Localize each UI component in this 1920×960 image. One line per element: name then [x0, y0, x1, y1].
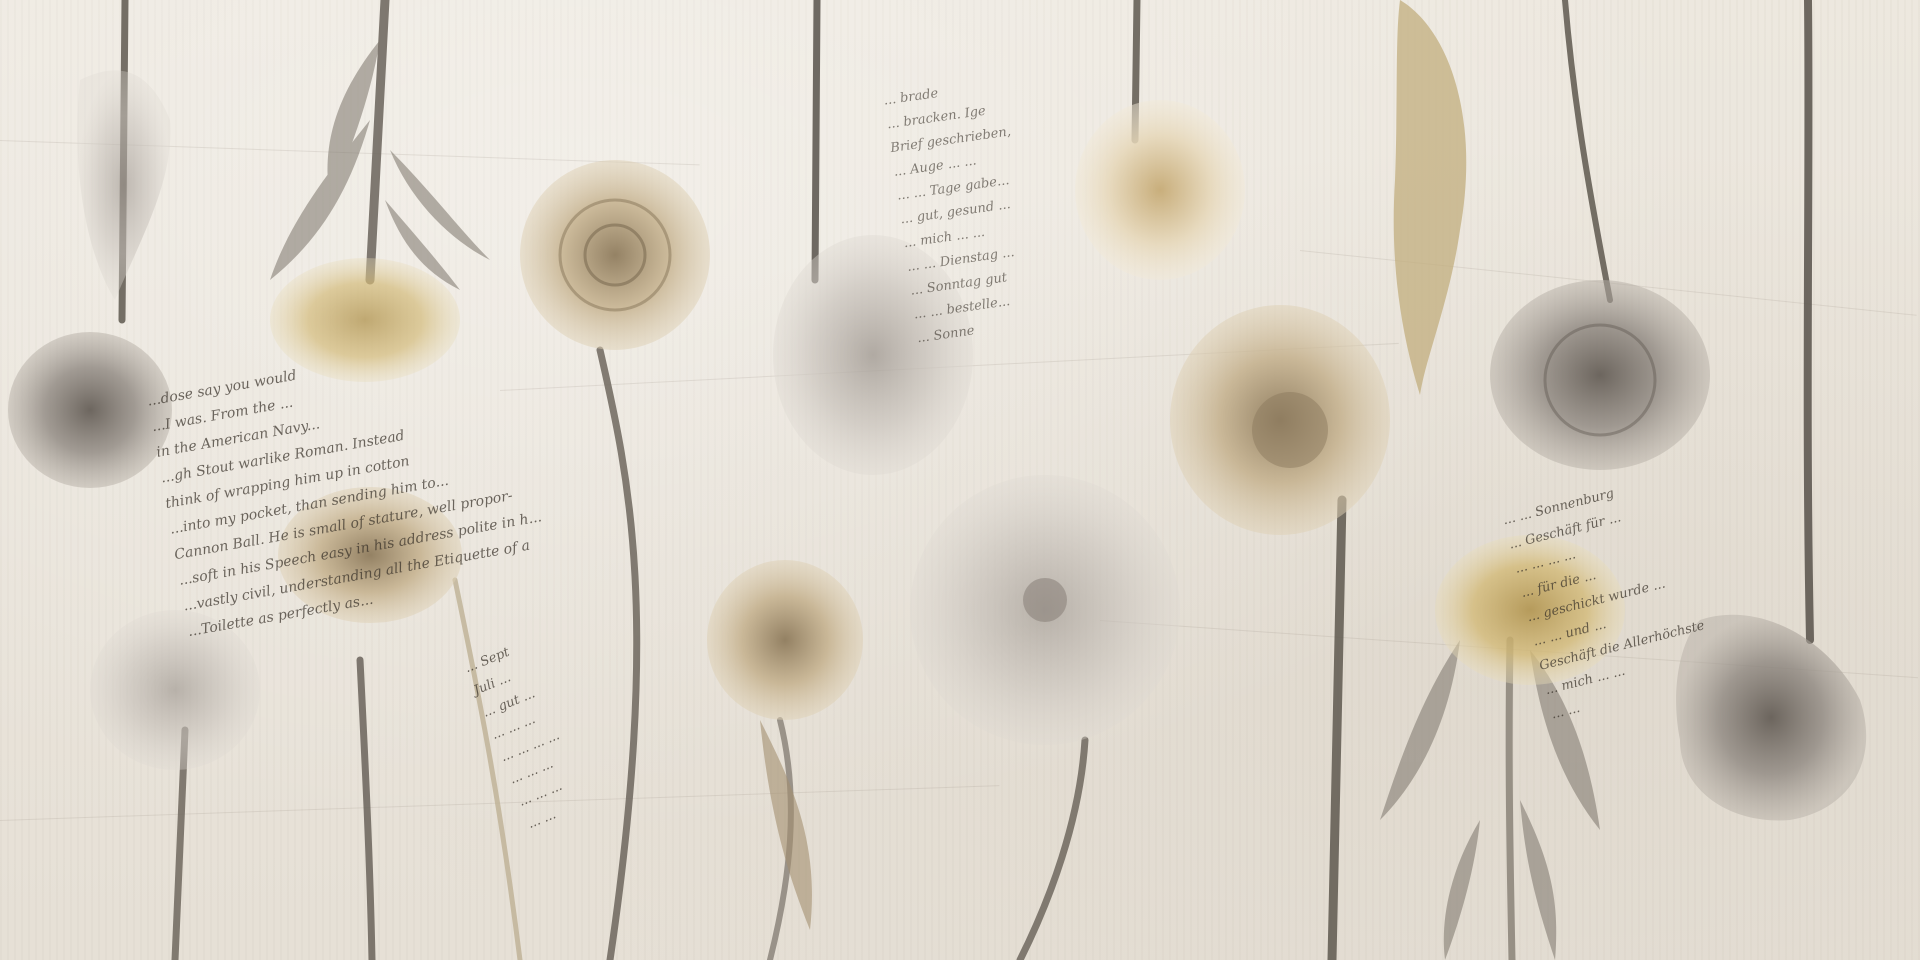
- dried-flowers-wallpaper: ...dose say you would ...I was. From the…: [0, 0, 1920, 960]
